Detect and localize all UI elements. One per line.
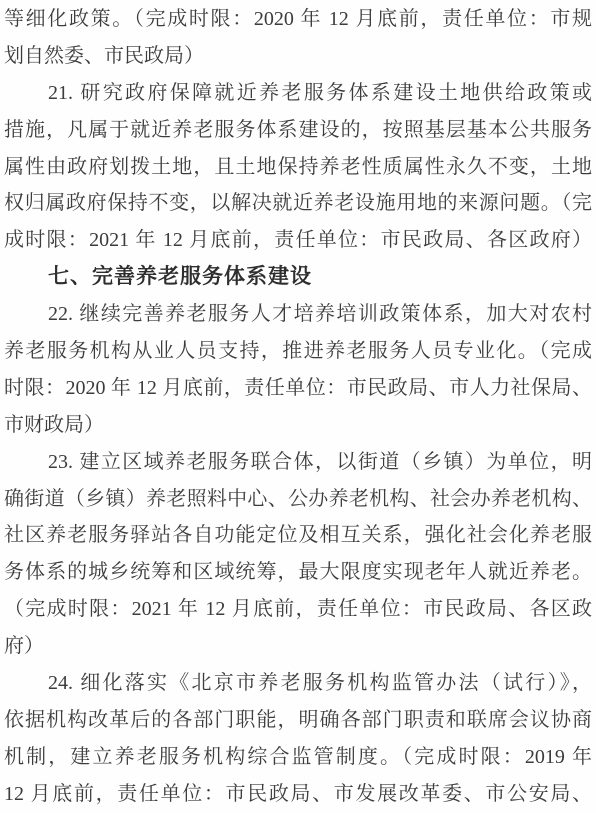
- doc-line: 府）: [4, 628, 592, 665]
- doc-line: （完成时限：2021 年 12 月底前，责任单位：市民政局、各区政: [4, 591, 592, 628]
- doc-line: 成时限：2021 年 12 月底前，责任单位：市民政局、各区政府）: [4, 222, 592, 259]
- doc-line: 等细化政策。（完成时限：2020 年 12 月底前，责任单位：市规: [4, 1, 592, 38]
- doc-line: 权归属政府保持不变，以解决就近养老设施用地的来源问题。（完: [4, 185, 592, 222]
- doc-line: 务体系的城乡统筹和区域统筹，最大限度实现老年人就近养老。: [4, 554, 592, 591]
- doc-line: 社区养老服务驿站各自功能定位及相互关系，强化社会化养老服: [4, 517, 592, 554]
- section-heading: 七、完善养老服务体系建设: [4, 259, 592, 296]
- doc-line: 12 月底前，责任单位：市民政局、市发展改革委、市公安局、: [4, 776, 592, 813]
- doc-line: 确街道（乡镇）养老照料中心、公办养老机构、社会办养老机构、: [4, 481, 592, 518]
- doc-line: 21. 研究政府保障就近养老服务体系建设土地供给政策或: [4, 75, 592, 112]
- doc-line: 措施，凡属于就近养老服务体系建设的，按照基层基本公共服务: [4, 112, 592, 149]
- doc-line: 属性由政府划拨土地，且土地保持养老性质属性永久不变，土地: [4, 149, 592, 186]
- document-page: 等细化政策。（完成时限：2020 年 12 月底前，责任单位：市规 划自然委、市…: [0, 0, 596, 813]
- doc-line: 23. 建立区域养老服务联合体，以街道（乡镇）为单位，明: [4, 444, 592, 481]
- doc-line: 依据机构改革后的各部门职能，明确各部门职责和联席会议协商: [4, 702, 592, 739]
- doc-line: 24. 细化落实《北京市养老服务机构监管办法（试行）》，: [4, 665, 592, 702]
- doc-line: 划自然委、市民政局）: [4, 38, 592, 75]
- doc-line: 养老服务机构从业人员支持，推进养老服务人员专业化。（完成: [4, 333, 592, 370]
- doc-line: 市财政局）: [4, 407, 592, 444]
- doc-line: 时限：2020 年 12 月底前，责任单位：市民政局、市人力社保局、: [4, 370, 592, 407]
- doc-line: 机制，建立养老服务机构综合监管制度。（完成时限：2019 年: [4, 739, 592, 776]
- doc-line: 22. 继续完善养老服务人才培养培训政策体系，加大对农村: [4, 296, 592, 333]
